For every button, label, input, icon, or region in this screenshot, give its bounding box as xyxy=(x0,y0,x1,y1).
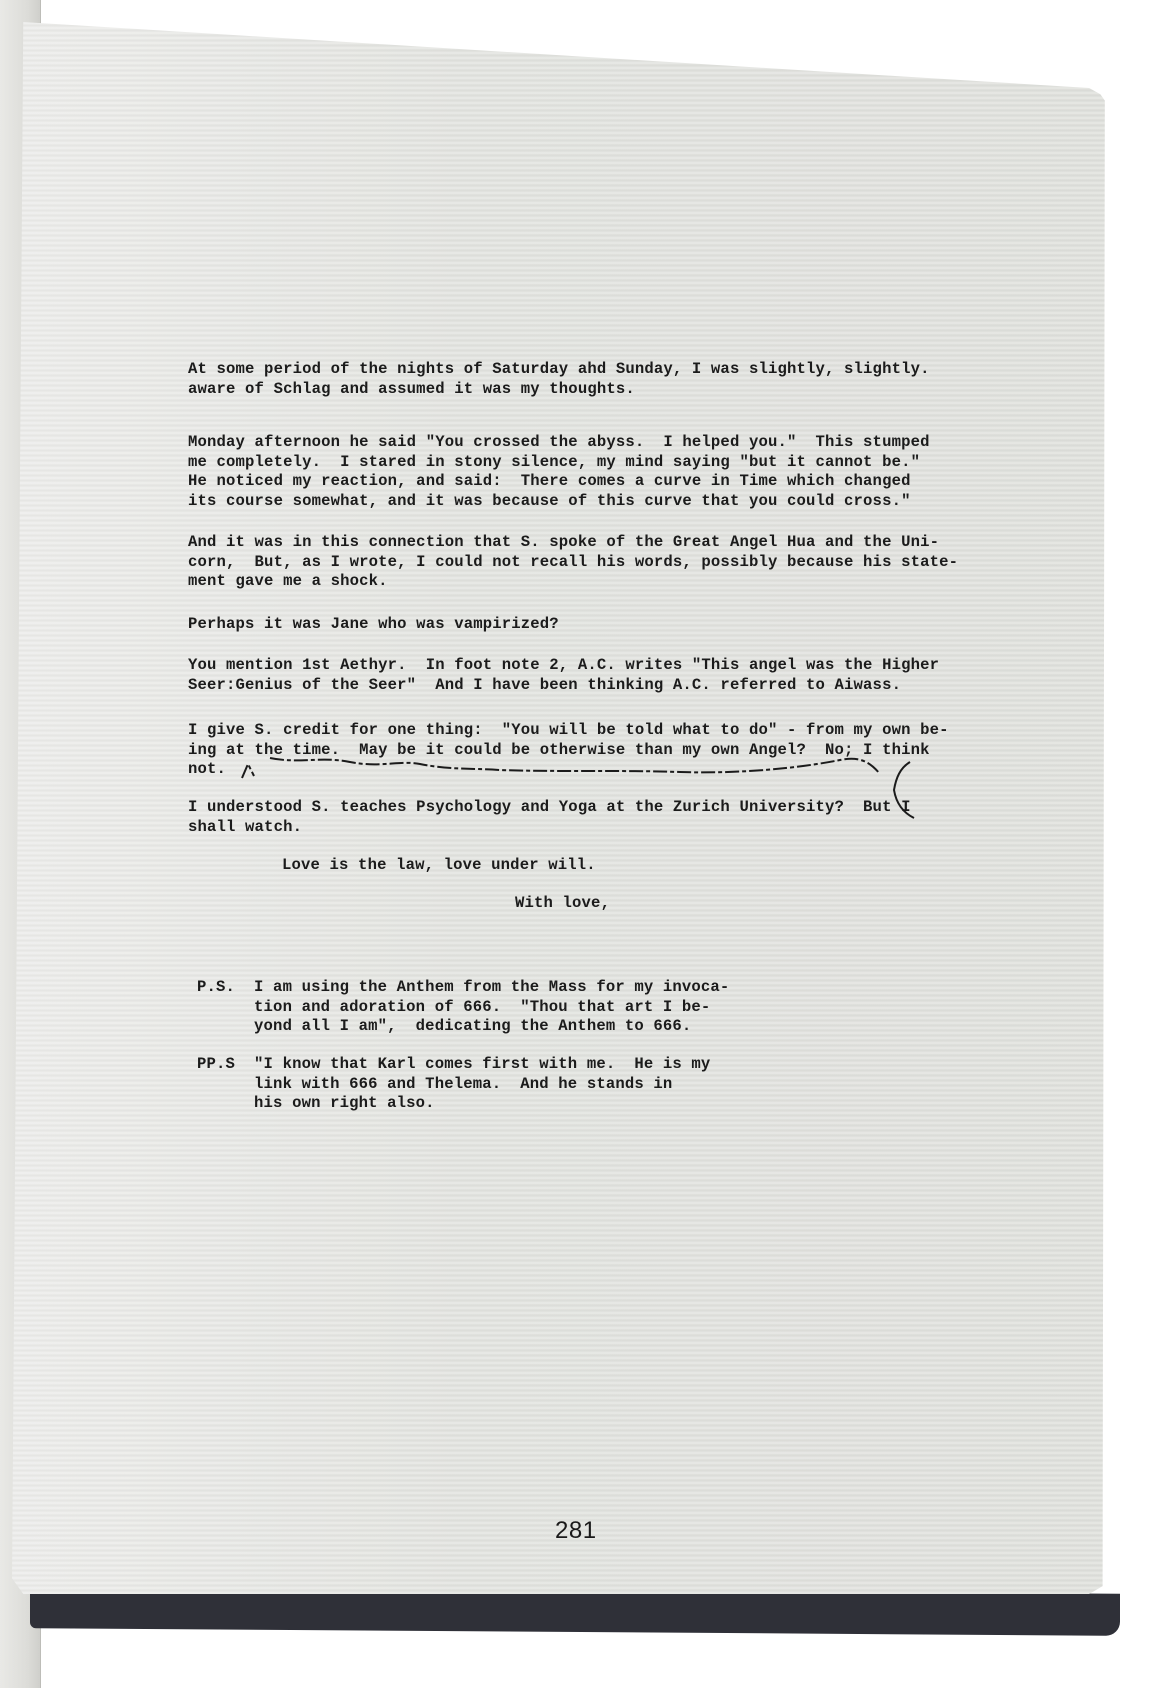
postscript-1: P.S. I am using the Anthem from the Mass… xyxy=(197,978,729,1037)
line: yond all I am", dedicating the Anthem to… xyxy=(197,1017,691,1035)
paragraph-7: I understood S. teaches Psychology and Y… xyxy=(188,798,911,837)
handwritten-wavy-line-icon xyxy=(240,752,900,782)
line: corn, But, as I wrote, I could not recal… xyxy=(188,553,958,571)
line: his own right also. xyxy=(197,1094,435,1112)
line: PP.S "I know that Karl comes first with … xyxy=(197,1055,710,1073)
line: I give S. credit for one thing: "You wil… xyxy=(188,721,949,739)
line: Monday afternoon he said "You crossed th… xyxy=(188,433,930,451)
closing-motto: Love is the law, love under will. xyxy=(282,856,596,876)
line: He noticed my reaction, and said: There … xyxy=(188,472,911,490)
paragraph-2: Monday afternoon he said "You crossed th… xyxy=(188,433,930,511)
line: P.S. I am using the Anthem from the Mass… xyxy=(197,978,729,996)
postscript-2: PP.S "I know that Karl comes first with … xyxy=(197,1055,710,1114)
line: tion and adoration of 666. "Thou that ar… xyxy=(197,998,710,1016)
line: I understood S. teaches Psychology and Y… xyxy=(188,798,911,816)
line: aware of Schlag and assumed it was my th… xyxy=(188,380,635,398)
line: not. xyxy=(188,760,226,778)
page-number: 281 xyxy=(555,1517,597,1545)
line: Seer:Genius of the Seer" And I have been… xyxy=(188,676,901,694)
closing-signoff: With love, xyxy=(515,894,610,914)
line: its course somewhat, and it was because … xyxy=(188,492,911,510)
line: me completely. I stared in stony silence… xyxy=(188,453,920,471)
paragraph-1: At some period of the nights of Saturday… xyxy=(188,360,930,399)
line: ment gave me a shock. xyxy=(188,572,388,590)
line: You mention 1st Aethyr. In foot note 2, … xyxy=(188,656,939,674)
paragraph-4: Perhaps it was Jane who was vampirized? xyxy=(188,615,559,635)
line: At some period of the nights of Saturday… xyxy=(188,360,930,378)
line: link with 666 and Thelema. And he stands… xyxy=(197,1075,672,1093)
handwritten-brace-icon xyxy=(888,760,918,820)
line: And it was in this connection that S. sp… xyxy=(188,533,939,551)
paragraph-3: And it was in this connection that S. sp… xyxy=(188,533,958,592)
line: Perhaps it was Jane who was vampirized? xyxy=(188,615,559,633)
line: shall watch. xyxy=(188,818,302,836)
paragraph-5: You mention 1st Aethyr. In foot note 2, … xyxy=(188,656,939,695)
